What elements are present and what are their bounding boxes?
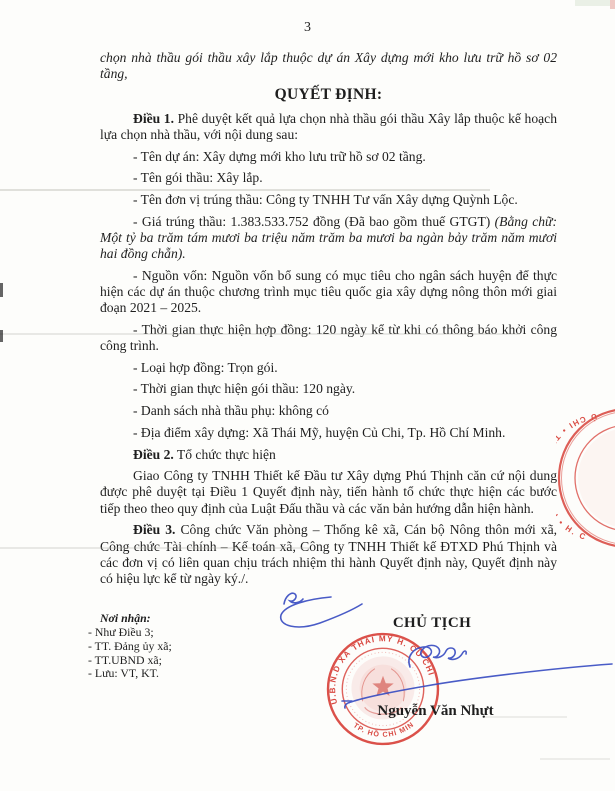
item-package-name: - Tên gói thầu: Xây lắp. — [100, 170, 557, 186]
scan-artifact-line — [0, 189, 490, 191]
article-2-heading-text: Tổ chức thực hiện — [174, 447, 276, 462]
recipient-item: - Lưu: VT, KT. — [88, 667, 298, 680]
item-subcontractor-list: - Danh sách nhà thầu phụ: không có — [100, 403, 557, 419]
item-winning-contractor: - Tên đơn vị trúng thầu: Công ty TNHH Tư… — [100, 192, 557, 208]
article-2-heading: Điều 2. Tổ chức thực hiện — [100, 447, 557, 463]
item-text: - Tên dự án: Xây dựng mới kho lưu trữ hồ… — [133, 149, 426, 164]
item-text: - Thời gian thực hiện hợp đồng: 120 ngày… — [100, 322, 557, 353]
page-number: 3 — [0, 20, 615, 36]
signer-title: CHỦ TỊCH — [348, 615, 516, 632]
item-text: - Nguồn vốn: Nguồn vốn bổ sung có mục ti… — [100, 268, 557, 315]
item-winning-price: - Giá trúng thầu: 1.383.533.752 đồng (Đã… — [100, 214, 557, 263]
article-3-label: Điều 3. — [133, 522, 175, 537]
scan-artifact-edge-mark — [0, 283, 3, 297]
scan-artifact-line — [0, 333, 520, 335]
scan-artifact-line — [0, 547, 310, 549]
item-text: - Địa điểm xây dựng: Xã Thái Mỹ, huyện C… — [133, 425, 505, 440]
scan-artifact-corner — [575, 0, 615, 6]
scan-artifact-corner-dot — [610, 0, 615, 9]
document-body: chọn nhà thầu gói thầu xây lắp thuộc dự … — [100, 50, 557, 593]
recipient-item: - TT. Đảng ủy xã; — [88, 640, 298, 653]
item-project-name: - Tên dự án: Xây dựng mới kho lưu trữ hồ… — [100, 149, 557, 165]
page-edge-stamp: Ủ CHI • TP. HỒ CHÍ MINH • H. C — [556, 406, 615, 550]
article-1-lead: Điều 1. Phê duyệt kết quả lựa chọn nhà t… — [100, 111, 557, 143]
document-page: 3 chọn nhà thầu gói thầu xây lắp thuộc d… — [0, 0, 615, 791]
official-seal-stamp: U.B.N.D XÃ THÁI MỸ H. CỦ CHI TP. HỒ CHÍ … — [326, 632, 440, 746]
article-1-label: Điều 1. — [133, 111, 174, 126]
item-contract-type: - Loại hợp đồng: Trọn gói. — [100, 360, 557, 376]
item-funding-source: - Nguồn vốn: Nguồn vốn bổ sung có mục ti… — [100, 268, 557, 317]
scan-artifact-smudge — [540, 758, 610, 760]
item-text: - Danh sách nhà thầu phụ: không có — [133, 403, 329, 418]
intro-paragraph: chọn nhà thầu gói thầu xây lắp thuộc dự … — [100, 50, 557, 82]
recipient-item: - TT.UBND xã; — [88, 654, 298, 667]
item-text: - Tên gói thầu: Xây lắp. — [133, 170, 263, 185]
paraph-initials — [284, 593, 303, 604]
decision-heading: QUYẾT ĐỊNH: — [100, 87, 557, 103]
article-2-body: Giao Công ty TNHH Thiết kế Đầu tư Xây dự… — [100, 468, 557, 517]
signer-name: Nguyễn Văn Nhựt — [338, 703, 533, 720]
item-text: - Giá trúng thầu: 1.383.533.752 đồng (Đã… — [133, 214, 495, 229]
scan-artifact-edge-mark — [0, 330, 3, 342]
recipients-title: Nơi nhận: — [100, 612, 298, 625]
item-text: - Tên đơn vị trúng thầu: Công ty TNHH Tư… — [133, 192, 518, 207]
item-contract-duration: - Thời gian thực hiện hợp đồng: 120 ngày… — [100, 322, 557, 354]
recipients-block: Nơi nhận: - Như Điều 3; - TT. Đảng ủy xã… — [88, 612, 298, 681]
item-text: - Loại hợp đồng: Trọn gói. — [133, 360, 278, 375]
recipient-item: - Như Điều 3; — [88, 626, 298, 639]
item-construction-site: - Địa điểm xây dựng: Xã Thái Mỹ, huyện C… — [100, 425, 557, 441]
item-text: - Thời gian thực hiện gói thầu: 120 ngày… — [133, 381, 355, 396]
article-2-label: Điều 2. — [133, 447, 174, 462]
item-package-duration: - Thời gian thực hiện gói thầu: 120 ngày… — [100, 381, 557, 397]
article-3-body: Điều 3. Công chức Văn phòng – Thống kê x… — [100, 522, 557, 587]
